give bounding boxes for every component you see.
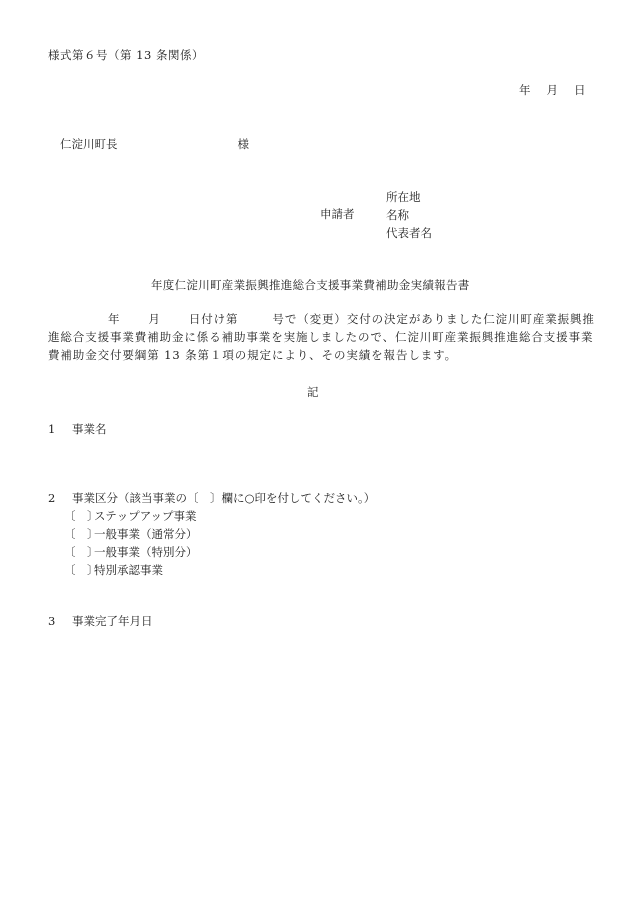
- option-step-up: 〔 〕ステップアップ事業: [64, 507, 198, 525]
- body-year: 年: [108, 312, 120, 326]
- option-general-special: 〔 〕一般事業（特別分）: [64, 543, 198, 561]
- section-number: 3: [48, 613, 72, 629]
- section-number: 1: [48, 421, 72, 437]
- business-category-options: 〔 〕ステップアップ事業 〔 〕一般事業（通常分） 〔 〕一般事業（特別分） 〔…: [64, 507, 198, 579]
- applicant-fields: 所在地 名称 代表者名: [386, 188, 432, 242]
- form-number: 様式第６号（第 13 条関係）: [48, 47, 204, 63]
- report-date: 年月日: [519, 82, 586, 98]
- date-day-label: 日: [574, 82, 586, 98]
- applicant-field-address: 所在地: [386, 188, 432, 206]
- body-day-dated: 日付け第: [189, 312, 239, 326]
- section-label: 事業完了年月日: [72, 614, 153, 628]
- option-label: 一般事業（通常分）: [94, 527, 198, 541]
- option-label: ステップアップ事業: [94, 509, 196, 523]
- addressee-name: 仁淀川町長: [60, 137, 118, 151]
- option-label: 特別承認事業: [94, 563, 163, 577]
- option-general-regular: 〔 〕一般事業（通常分）: [64, 525, 198, 543]
- date-month-label: 月: [547, 82, 559, 98]
- option-special-approval: 〔 〕特別承認事業: [64, 561, 198, 579]
- option-checkbox[interactable]: 〔 〕: [64, 543, 94, 561]
- addressee: 仁淀川町長様: [60, 136, 249, 152]
- addressee-honorific: 様: [238, 137, 250, 151]
- ki-heading: 記: [307, 384, 319, 400]
- option-checkbox[interactable]: 〔 〕: [64, 507, 94, 525]
- option-checkbox[interactable]: 〔 〕: [64, 561, 94, 579]
- body-line-3: 費補助金交付要綱第 13 条第１項の規定により、その実績を報告します。: [48, 346, 588, 364]
- option-checkbox[interactable]: 〔 〕: [64, 525, 94, 543]
- body-line-1: 年月日付け第号で（変更）交付の決定がありました仁淀川町産業振興推: [48, 310, 588, 328]
- section-label: 事業区分（該当事業の〔 〕欄に○印を付してください。）: [72, 491, 375, 505]
- body-line-1-rest: 号で（変更）交付の決定がありました仁淀川町産業振興推: [272, 312, 594, 326]
- option-label: 一般事業（特別分）: [94, 545, 198, 559]
- applicant-field-name: 名称: [386, 206, 432, 224]
- report-body: 年月日付け第号で（変更）交付の決定がありました仁淀川町産業振興推 進総合支援事業…: [48, 310, 588, 364]
- applicant-field-representative: 代表者名: [386, 224, 432, 242]
- section-business-category: 2事業区分（該当事業の〔 〕欄に○印を付してください。）: [48, 490, 375, 506]
- date-year-label: 年: [519, 82, 531, 98]
- report-title: 年度仁淀川町産業振興推進総合支援事業費補助金実績報告書: [151, 277, 470, 293]
- section-business-name: 1事業名: [48, 421, 107, 437]
- section-number: 2: [48, 490, 72, 506]
- section-label: 事業名: [72, 422, 107, 436]
- section-completion-date: 3事業完了年月日: [48, 613, 153, 629]
- body-line-2: 進総合支援事業費補助金に係る補助事業を実施しましたので、仁淀川町産業振興推進総合…: [48, 328, 588, 346]
- body-month: 月: [148, 312, 160, 326]
- applicant-label: 申請者: [320, 206, 355, 222]
